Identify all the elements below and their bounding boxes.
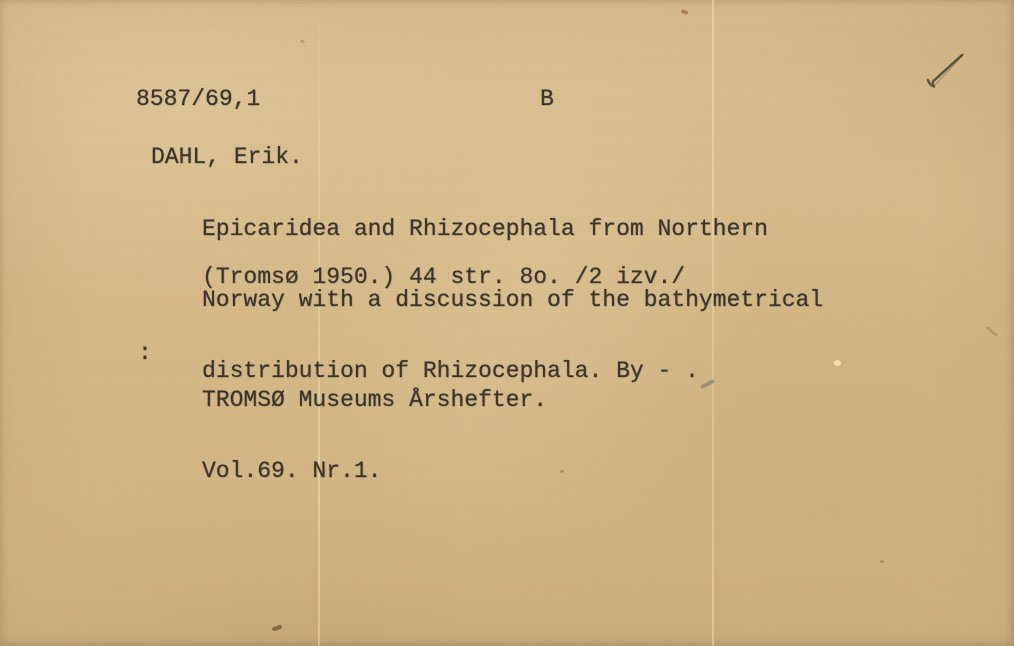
author-heading: DAHL, Erik. bbox=[151, 146, 303, 170]
paper-speck bbox=[560, 470, 564, 473]
paper-speck bbox=[986, 326, 999, 337]
paper-speck bbox=[272, 625, 283, 632]
series-line: Vol.69. Nr.1. bbox=[202, 460, 547, 484]
series-block: TROMSØ Museums Årshefter. Vol.69. Nr.1. bbox=[202, 342, 547, 531]
paper-speck bbox=[880, 560, 884, 563]
handwritten-checkmark-icon bbox=[922, 50, 976, 94]
series-line: TROMSØ Museums Årshefter. bbox=[202, 389, 547, 413]
paper-speck bbox=[834, 360, 841, 366]
title-line: Norway with a discussion of the bathymet… bbox=[202, 289, 823, 313]
paper-speck bbox=[300, 39, 306, 44]
section-letter: B bbox=[540, 88, 554, 112]
library-catalog-card: 8587/69,1 B DAHL, Erik. Epicaridea and R… bbox=[0, 0, 1014, 646]
call-number: 8587/69,1 bbox=[136, 88, 260, 112]
paper-speck bbox=[681, 9, 689, 15]
title-line: Epicaridea and Rhizocephala from Norther… bbox=[202, 218, 823, 242]
series-colon: : bbox=[138, 342, 152, 366]
imprint-line: (Tromsø 1950.) 44 str. 8o. /2 izv./ bbox=[202, 266, 685, 290]
